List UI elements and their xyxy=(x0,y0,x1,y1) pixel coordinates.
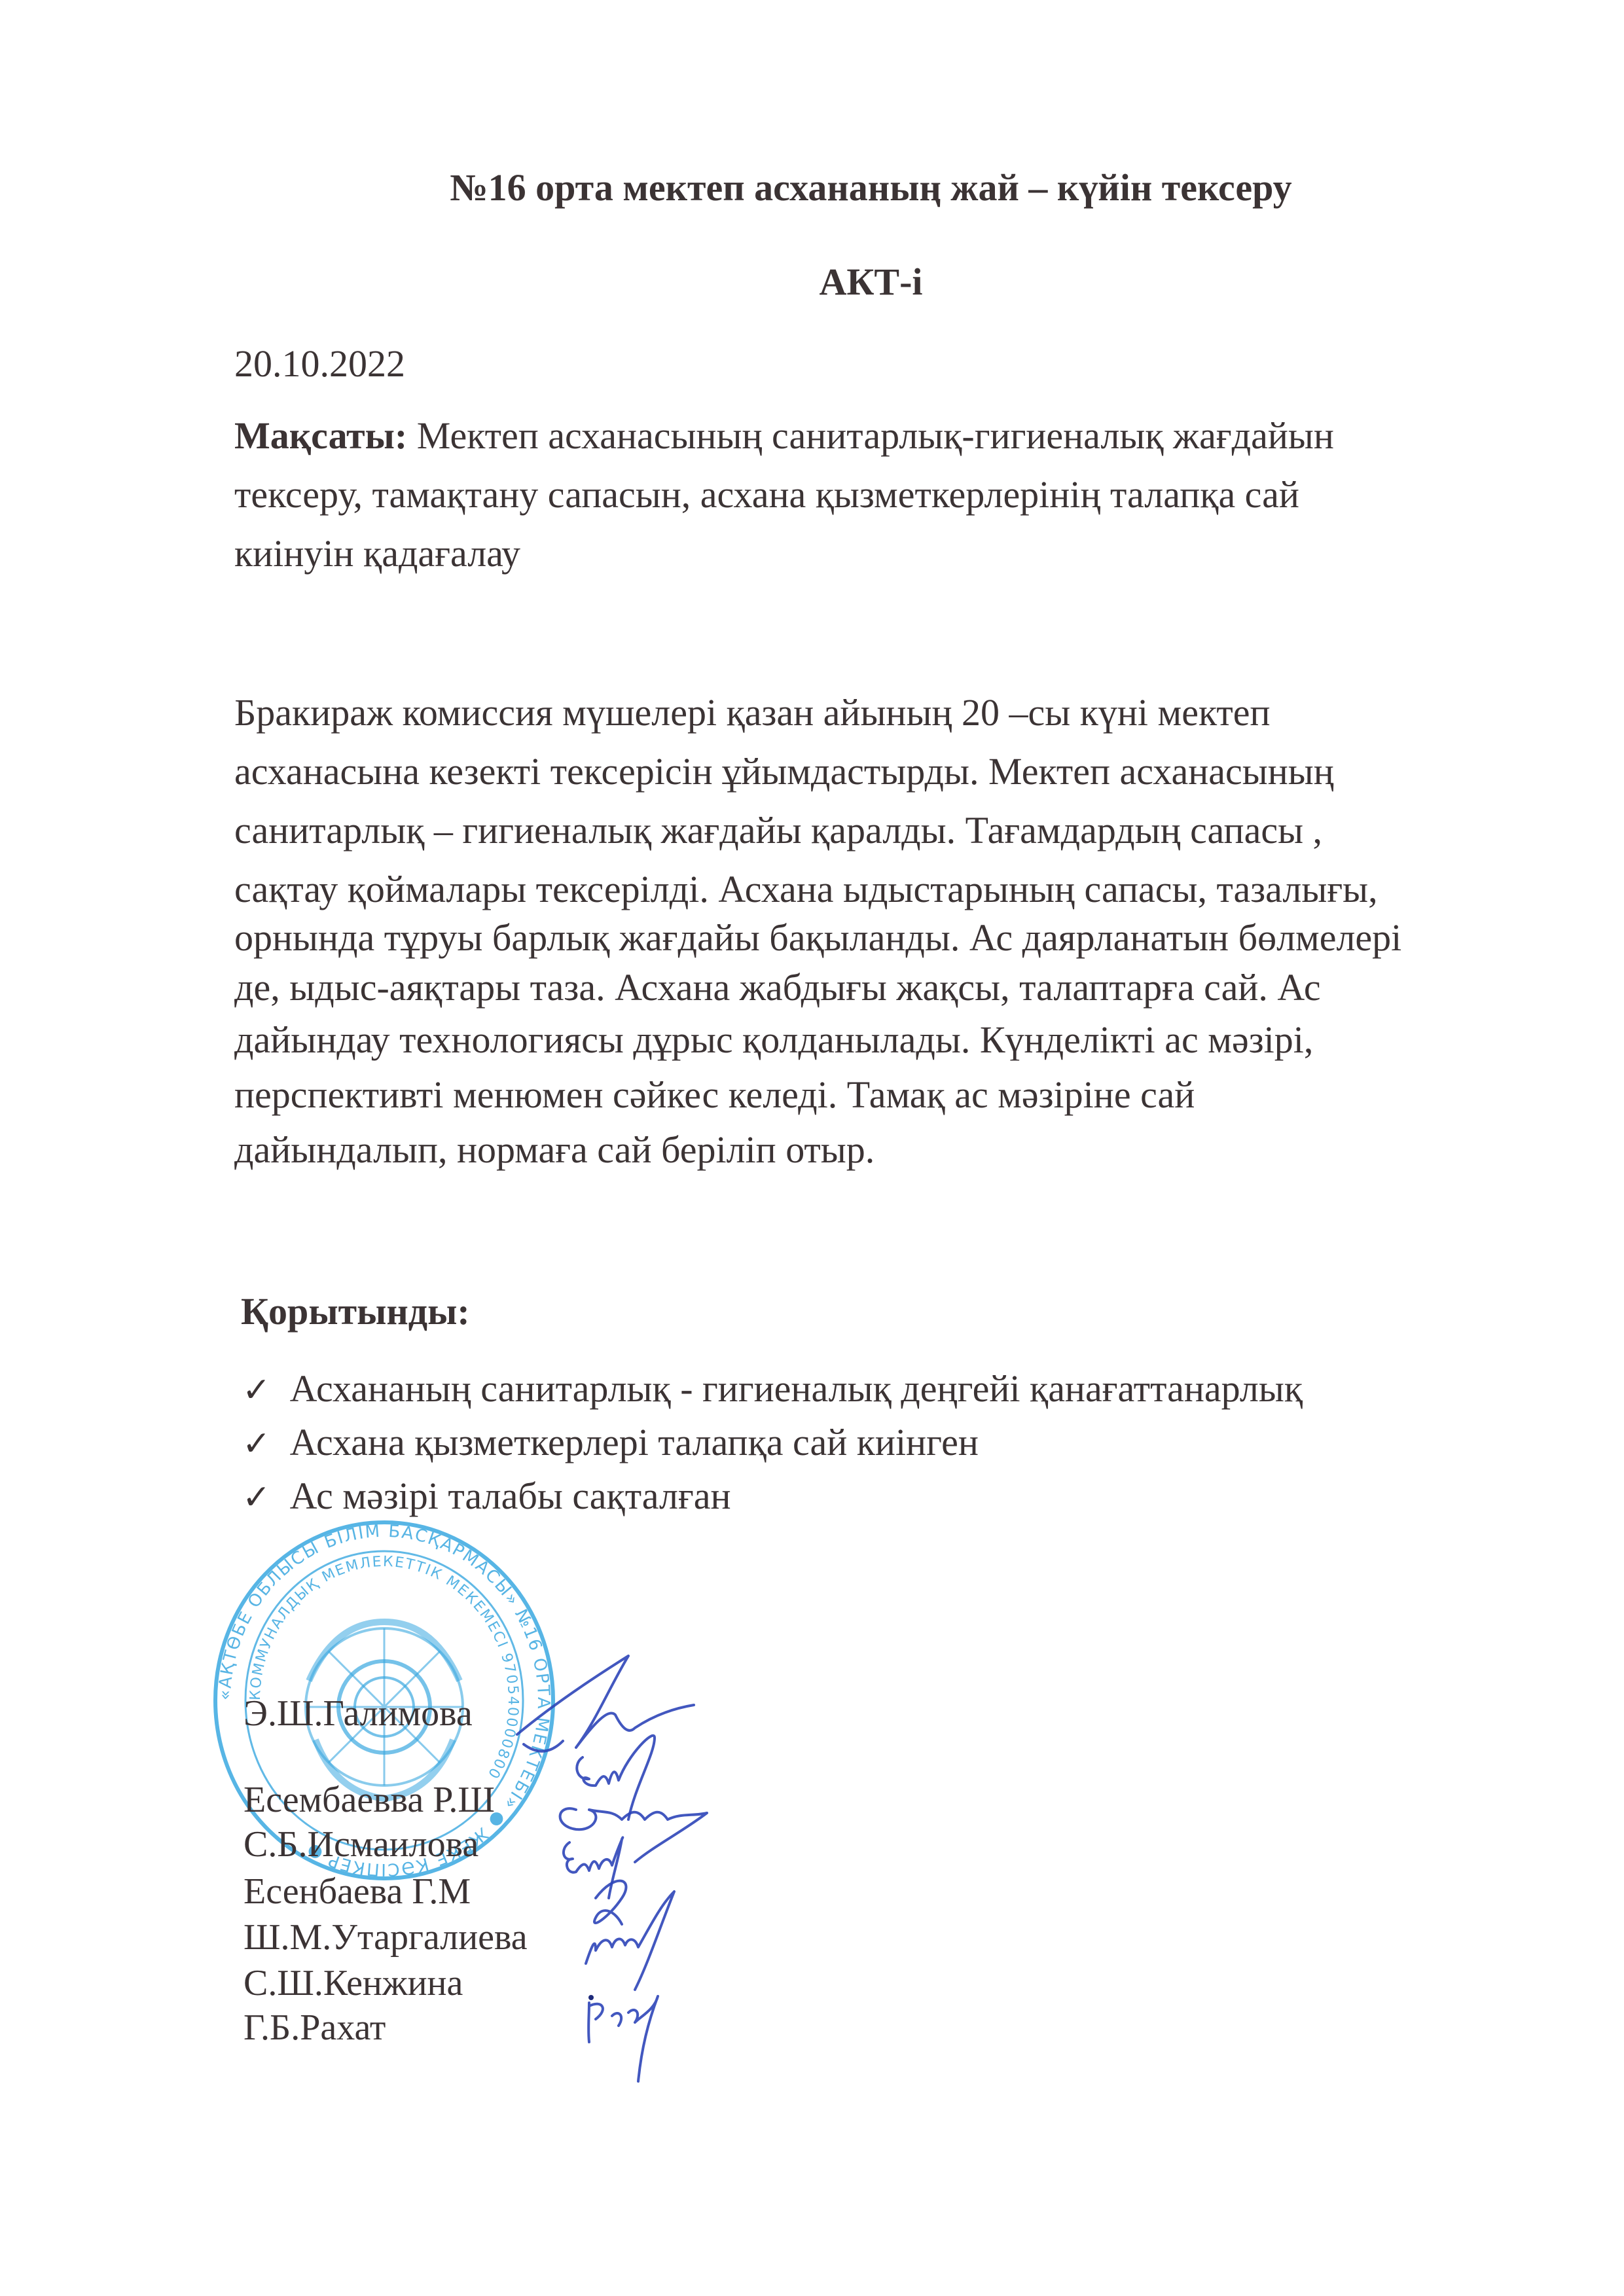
signatory-2: Есембаевва Р.Ш xyxy=(244,1782,495,1818)
signatory-5: Ш.М.Утаргалиева xyxy=(244,1919,528,1956)
signatory-1: Э.Ш.Галимова xyxy=(244,1695,473,1732)
checkmark-icon: ✓ xyxy=(242,1479,271,1516)
body-line-1: Бракираж комиссия мүшелері қазан айының … xyxy=(234,694,1271,732)
document-date: 20.10.2022 xyxy=(234,345,405,383)
purpose-line-3: киінуін қадағалау xyxy=(234,535,520,573)
purpose-text: Мектеп асханасының санитарлық-гигиеналық… xyxy=(407,414,1334,457)
purpose-line-1: Мақсаты: Мектеп асханасының санитарлық-г… xyxy=(234,417,1334,455)
conclusion-label: Қорытынды: xyxy=(241,1293,470,1331)
signatory-3: С.Б.Исмаилова xyxy=(244,1826,478,1863)
purpose-label: Мақсаты: xyxy=(234,414,407,457)
document-subtitle: АКТ-і xyxy=(59,263,1624,301)
body-line-6: де, ыдыс-аяқтары таза. Асхана жабдығы жа… xyxy=(234,969,1321,1007)
body-line-8: перспективті менюмен сәйкес келеді. Тама… xyxy=(234,1076,1195,1114)
signatures-icon xyxy=(497,1623,864,2094)
body-line-9: дайындалып, нормаға сай беріліп отыр. xyxy=(234,1131,875,1169)
body-line-7: дайындау технологиясы дұрыс қолданылады.… xyxy=(234,1021,1313,1059)
body-line-2: асханасына кезекті тексерісін ұйымдастыр… xyxy=(234,753,1334,791)
signatory-6: С.Ш.Кенжина xyxy=(244,1965,463,2001)
conclusion-item-text: Ас мәзірі талабы сақталған xyxy=(290,1475,731,1517)
body-line-3: санитарлық – гигиеналық жағдайы қаралды.… xyxy=(234,812,1322,850)
checkmark-icon: ✓ xyxy=(242,1426,271,1463)
body-line-5: орнында тұруы барлық жағдайы бақыланды. … xyxy=(234,919,1401,957)
signatory-4: Есенбаева Г.М xyxy=(244,1873,471,1910)
conclusion-item-text: Асхана қызметкерлері талапқа сай киінген xyxy=(290,1421,979,1463)
conclusion-item-3: ✓ Ас мәзірі талабы сақталған xyxy=(242,1477,731,1515)
signatory-7: Г.Б.Рахат xyxy=(244,2009,386,2046)
checkmark-icon: ✓ xyxy=(242,1372,271,1409)
conclusion-item-text: Асхананың санитарлық - гигиеналық деңгей… xyxy=(290,1367,1303,1410)
purpose-line-2: тексеру, тамақтану сапасын, асхана қызме… xyxy=(234,476,1299,514)
body-line-4: сақтау қоймалары тексерілді. Асхана ыдыс… xyxy=(234,870,1378,908)
document-title: №16 орта мектеп асхананың жай – күйін те… xyxy=(59,169,1624,207)
conclusion-item-1: ✓ Асхананың санитарлық - гигиеналық деңг… xyxy=(242,1370,1303,1408)
conclusion-item-2: ✓ Асхана қызметкерлері талапқа сай киінг… xyxy=(242,1424,979,1462)
